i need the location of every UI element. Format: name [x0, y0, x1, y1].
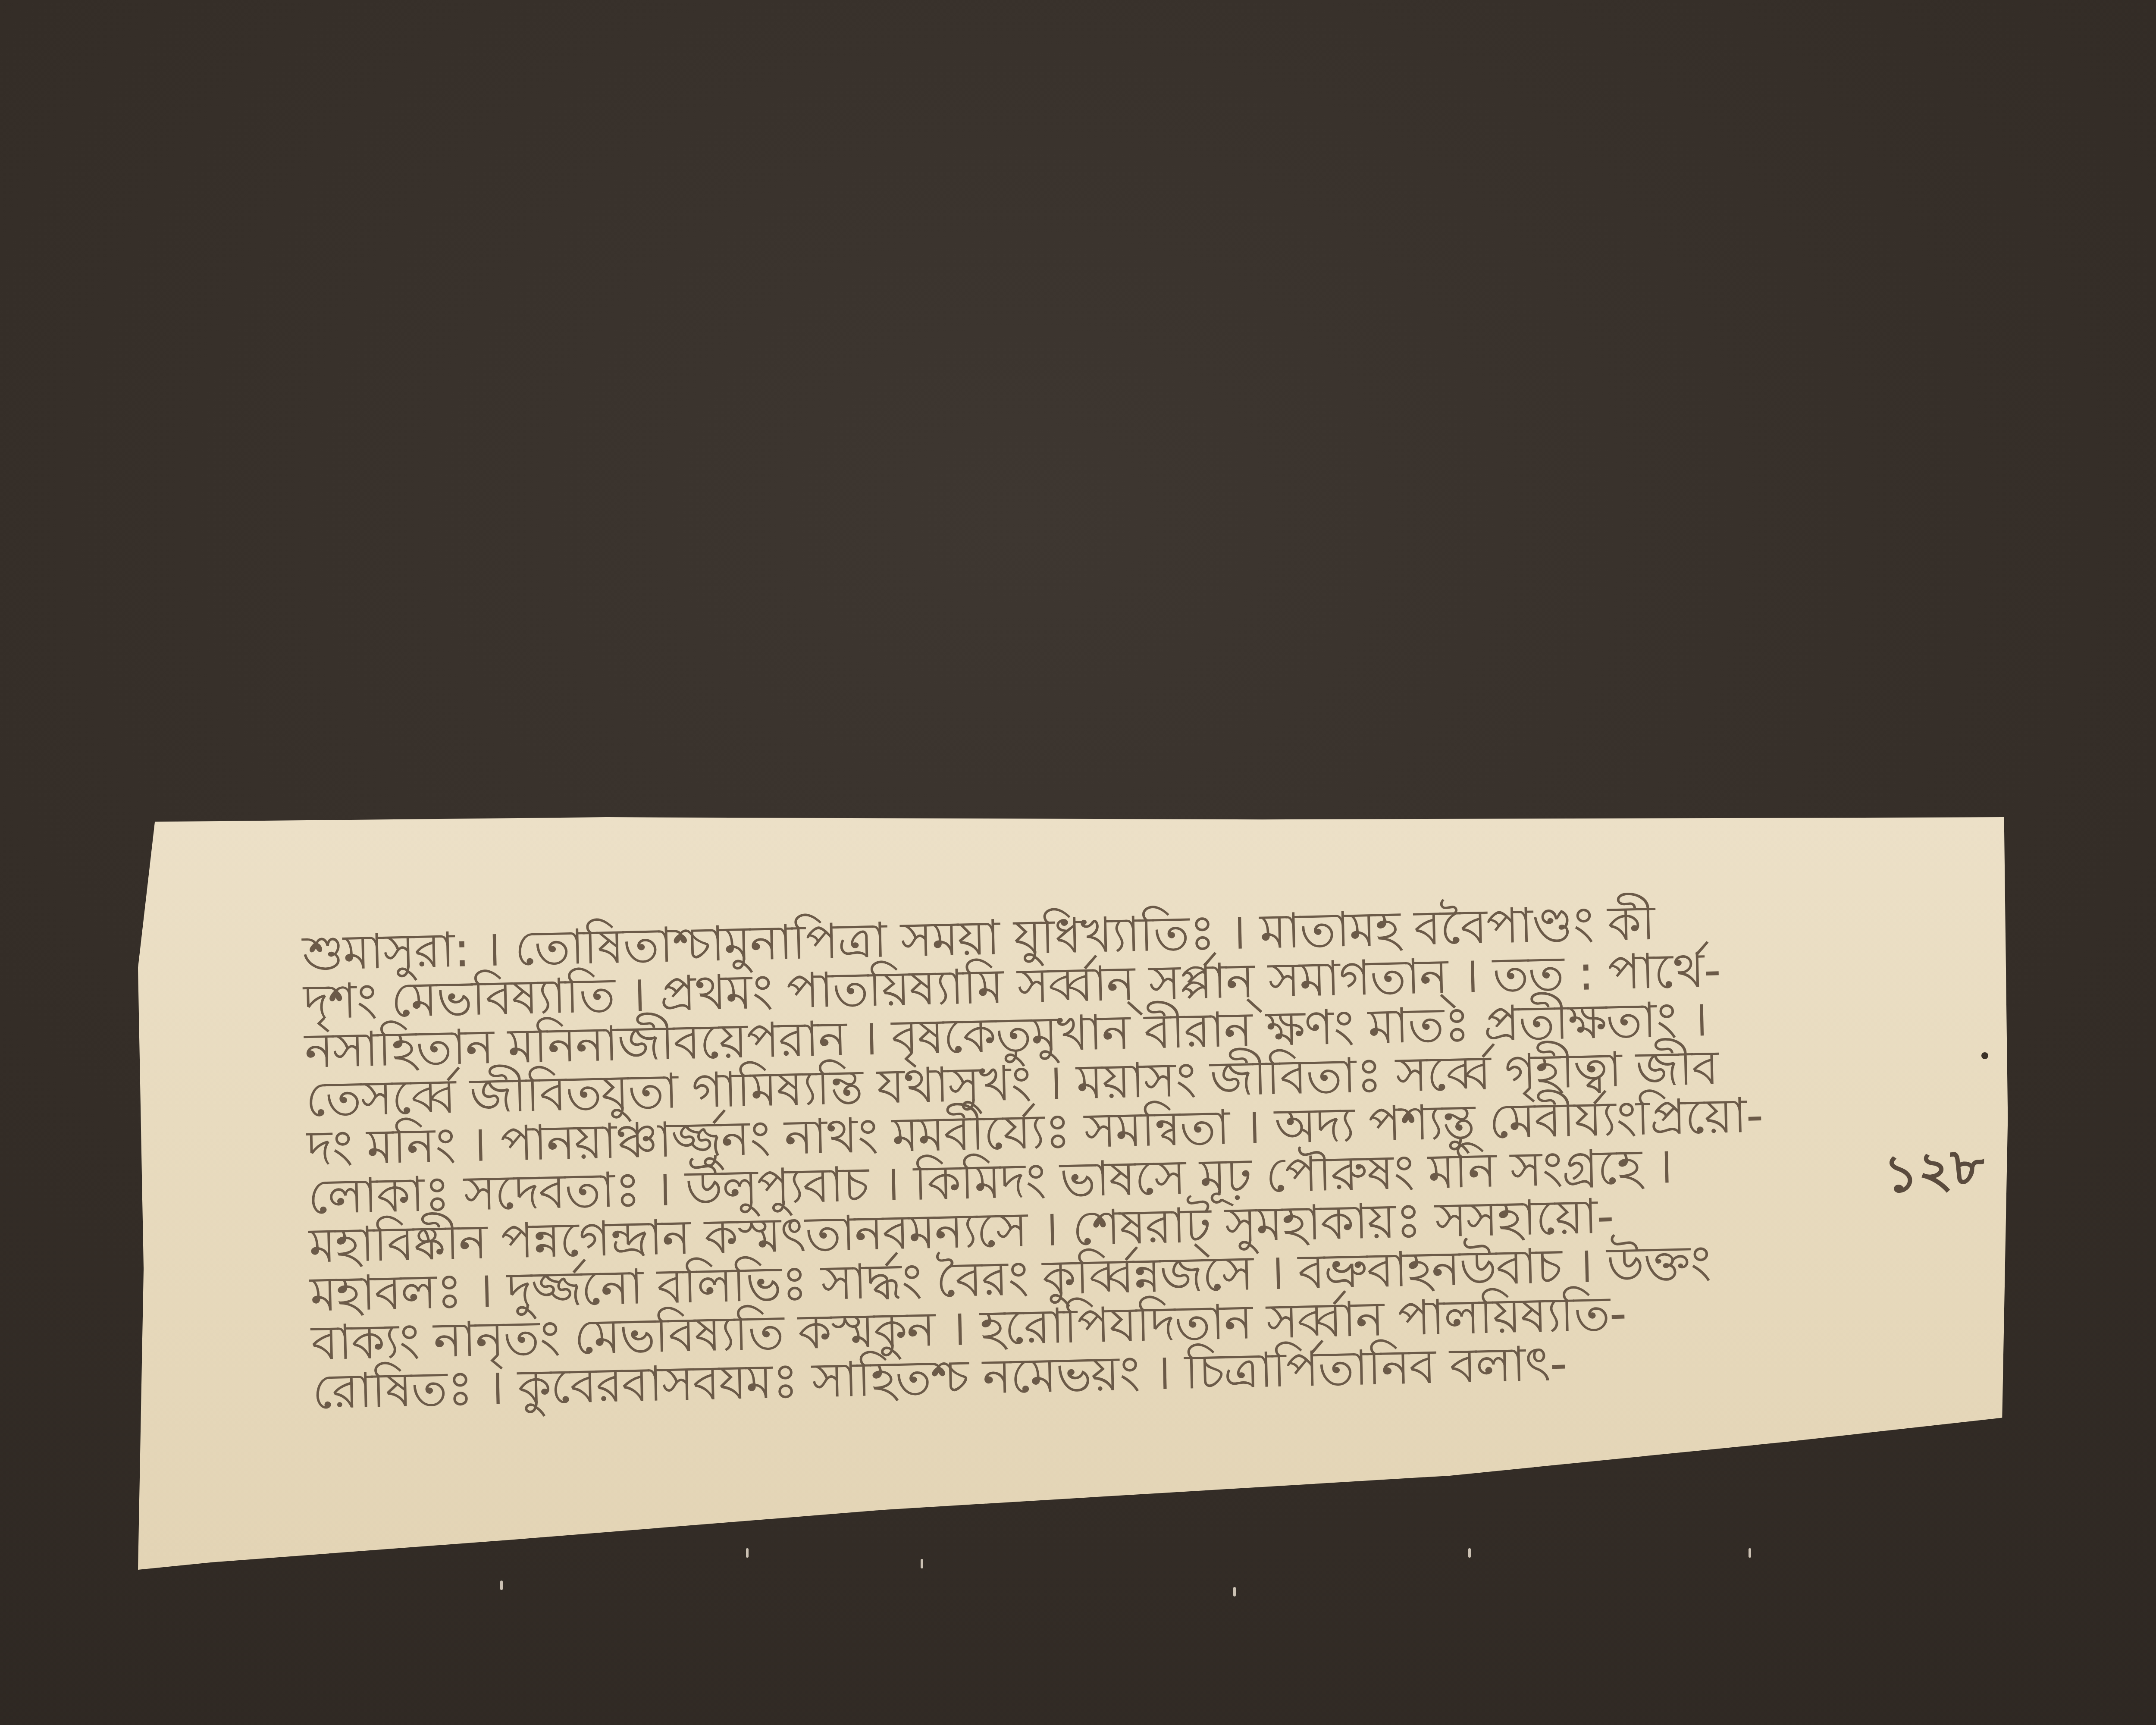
- photograph-scene: শুমাসুরা: । তোষিতাশ্চামুনাপিত্রা সময়া য…: [0, 0, 2156, 1725]
- board-speck: [500, 1581, 503, 1590]
- board-speck: [1749, 1548, 1751, 1558]
- board-speck: [1233, 1587, 1236, 1596]
- board-speck: [921, 1559, 923, 1568]
- board-speck: [746, 1548, 749, 1558]
- board-speck: [1468, 1548, 1471, 1558]
- ink-dot-mark: [1981, 1052, 1988, 1059]
- manuscript-text-block: শুমাসুরা: । তোষিতাশ্চামুনাপিত্রা সময়া য…: [302, 894, 1887, 1417]
- folio-number: ১২৮: [1880, 1125, 1989, 1221]
